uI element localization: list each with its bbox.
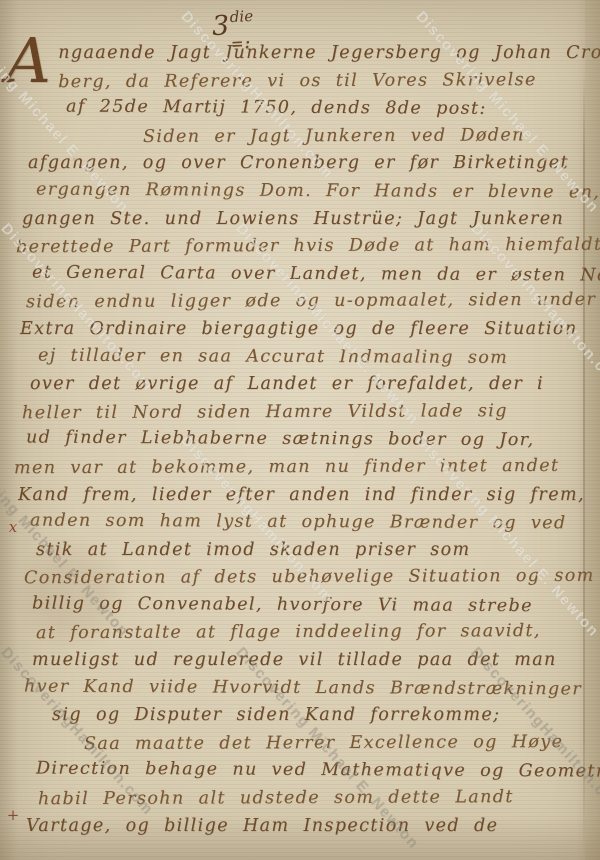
manuscript-line: Siden er Jagt Junkeren ved Døden	[143, 122, 594, 152]
manuscript-line: Angaaende Jagt Junkerne Jegersberg og Jo…	[8, 40, 594, 68]
manuscript-line: hver Kand viide Hvorvidt Lands Brændstræ…	[24, 673, 594, 704]
manuscript-line: ergangen Rømnings Dom. For Hands er blev…	[36, 177, 594, 208]
manuscript-line: at foranstalte at flage inddeeling for s…	[36, 618, 594, 648]
manuscript-line: sig og Disputer siden Kand forrekomme;	[52, 702, 594, 730]
manuscript-line: af 25de Martij 1750, dends 8de post:	[66, 94, 594, 124]
manuscript-line: billig og Convenabel, hvorfore Vi maa st…	[32, 590, 594, 621]
manuscript-line: berettede Part formuder hvis Døde at ham…	[16, 232, 594, 262]
page-number-heading: 3die =:	[211, 7, 254, 42]
margin-mark-+: +	[4, 806, 22, 824]
manuscript-line: men var at bekomme, man nu finder intet …	[14, 453, 594, 483]
manuscript-line: gangen Ste. und Lowiens Hustrüe; Jagt Ju…	[22, 206, 594, 234]
manuscript-line: stik at Landet imod skaden priser som	[36, 537, 594, 565]
manuscript-line: mueligst ud regulerede vil tillade paa d…	[32, 647, 594, 675]
manuscript-line: Extra Ordinaire biergagtige og de fleere…	[20, 316, 594, 344]
manuscript-line: Consideration af dets ubehøvelige Situat…	[24, 563, 594, 593]
manuscript-line: Kand frem, lieder efter anden ind finder…	[18, 482, 594, 510]
page-number-suffix: die	[229, 7, 253, 26]
manuscript-line: ud finder Liebhaberne sætnings boder og …	[26, 425, 594, 456]
manuscript-line: Direction behage nu ved Mathematiqve og …	[36, 756, 594, 787]
manuscript-line: Saa maatte det Herrer Excellence og Høye	[84, 729, 594, 759]
page-edge-shading	[585, 0, 600, 860]
manuscript-line: siden endnu ligger øde og u-opmaalet, si…	[26, 287, 594, 317]
manuscript-line: et General Carta over Landet, men da er …	[32, 259, 594, 290]
margin-mark-x: x	[4, 518, 22, 536]
manuscript-line: heller til Nord siden Hamre Vildst lade …	[22, 397, 594, 427]
manuscript-line: habil Persohn alt udstede som dette Land…	[38, 784, 594, 814]
manuscript-line: Vartage, og billige Ham Inspection ved d…	[26, 813, 594, 841]
manuscript-line: ej tillader en saa Accurat Indmaaling so…	[38, 342, 594, 373]
manuscript-scan: 3die =: Angaaende Jagt Junkerne Jegersbe…	[0, 0, 600, 860]
manuscript-body: Angaaende Jagt Junkerne Jegersberg og Jo…	[8, 40, 594, 840]
manuscript-line: afgangen, og over Cronenberg er før Birk…	[28, 150, 594, 178]
manuscript-line: berg, da Referere vi os til Vores Skrive…	[48, 66, 594, 96]
manuscript-line: anden som ham lyst at ophuge Brænder og …	[30, 508, 594, 539]
manuscript-line: over det øvrige af Landet er forefaldet,…	[30, 371, 594, 399]
page-number-numeral: 3	[211, 10, 231, 42]
